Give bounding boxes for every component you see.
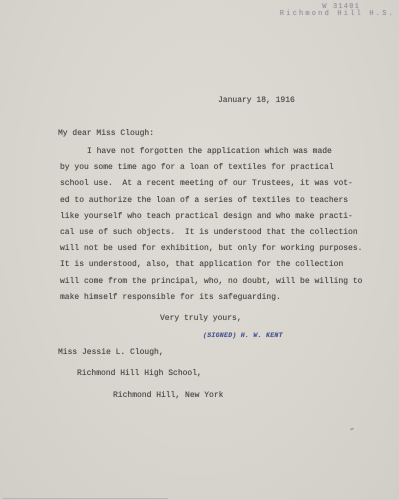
body-line: school use. At a recent meeting of our T… (60, 176, 380, 192)
letter-page: W 31401 Richmond Hill H.S. January 18, 1… (0, 0, 399, 500)
paper-speck (350, 427, 354, 430)
scan-edge-line (3, 498, 168, 499)
recipient-school: Richmond Hill High School, (77, 366, 202, 382)
date-line: January 18, 1916 (218, 93, 295, 109)
body-line: will come from the principal, who, no do… (60, 274, 380, 290)
body-line: by you some time ago for a loan of texti… (60, 160, 380, 176)
body-line: cal use of such objects. It is understoo… (60, 225, 380, 241)
recipient-city: Richmond Hill, New York (113, 388, 223, 404)
recipient-name: Miss Jessie L. Clough, (58, 345, 164, 361)
body-line: ed to authorize the loan of a series of … (60, 193, 380, 209)
body-line: will not be used for exhibition, but onl… (60, 241, 380, 257)
letter-body: I have not forgotten the application whi… (60, 144, 380, 306)
closing-line: Very truly yours, (160, 311, 242, 327)
body-line: make himself responsible for its safegua… (60, 290, 380, 306)
accession-stamp-school: Richmond Hill H.S. (280, 11, 395, 18)
salutation: My dear Miss Clough: (58, 126, 154, 142)
signature-line: (SIGNED) H. W. KENT (203, 332, 283, 340)
body-line: I have not forgotten the application whi… (60, 144, 380, 160)
body-line: It is understood, also, that application… (60, 257, 380, 273)
body-line: like yourself who teach practical design… (60, 209, 380, 225)
